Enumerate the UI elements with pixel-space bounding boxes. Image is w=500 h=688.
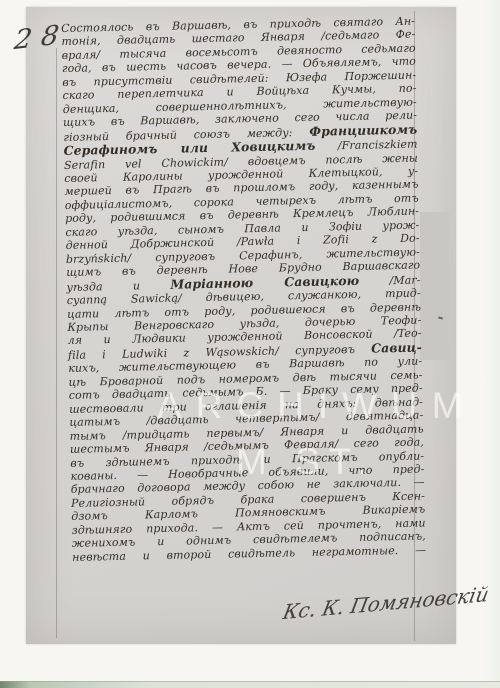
act-text-block: Состоялось въ Варшавѣ, въ приходѣ святаг… [61,15,426,564]
photo-paper-bottom-edge [0,681,500,688]
scan-exposure-rectangle [420,212,449,360]
margin-rule-left [56,48,57,638]
photo-paper-right-edge [484,0,500,688]
